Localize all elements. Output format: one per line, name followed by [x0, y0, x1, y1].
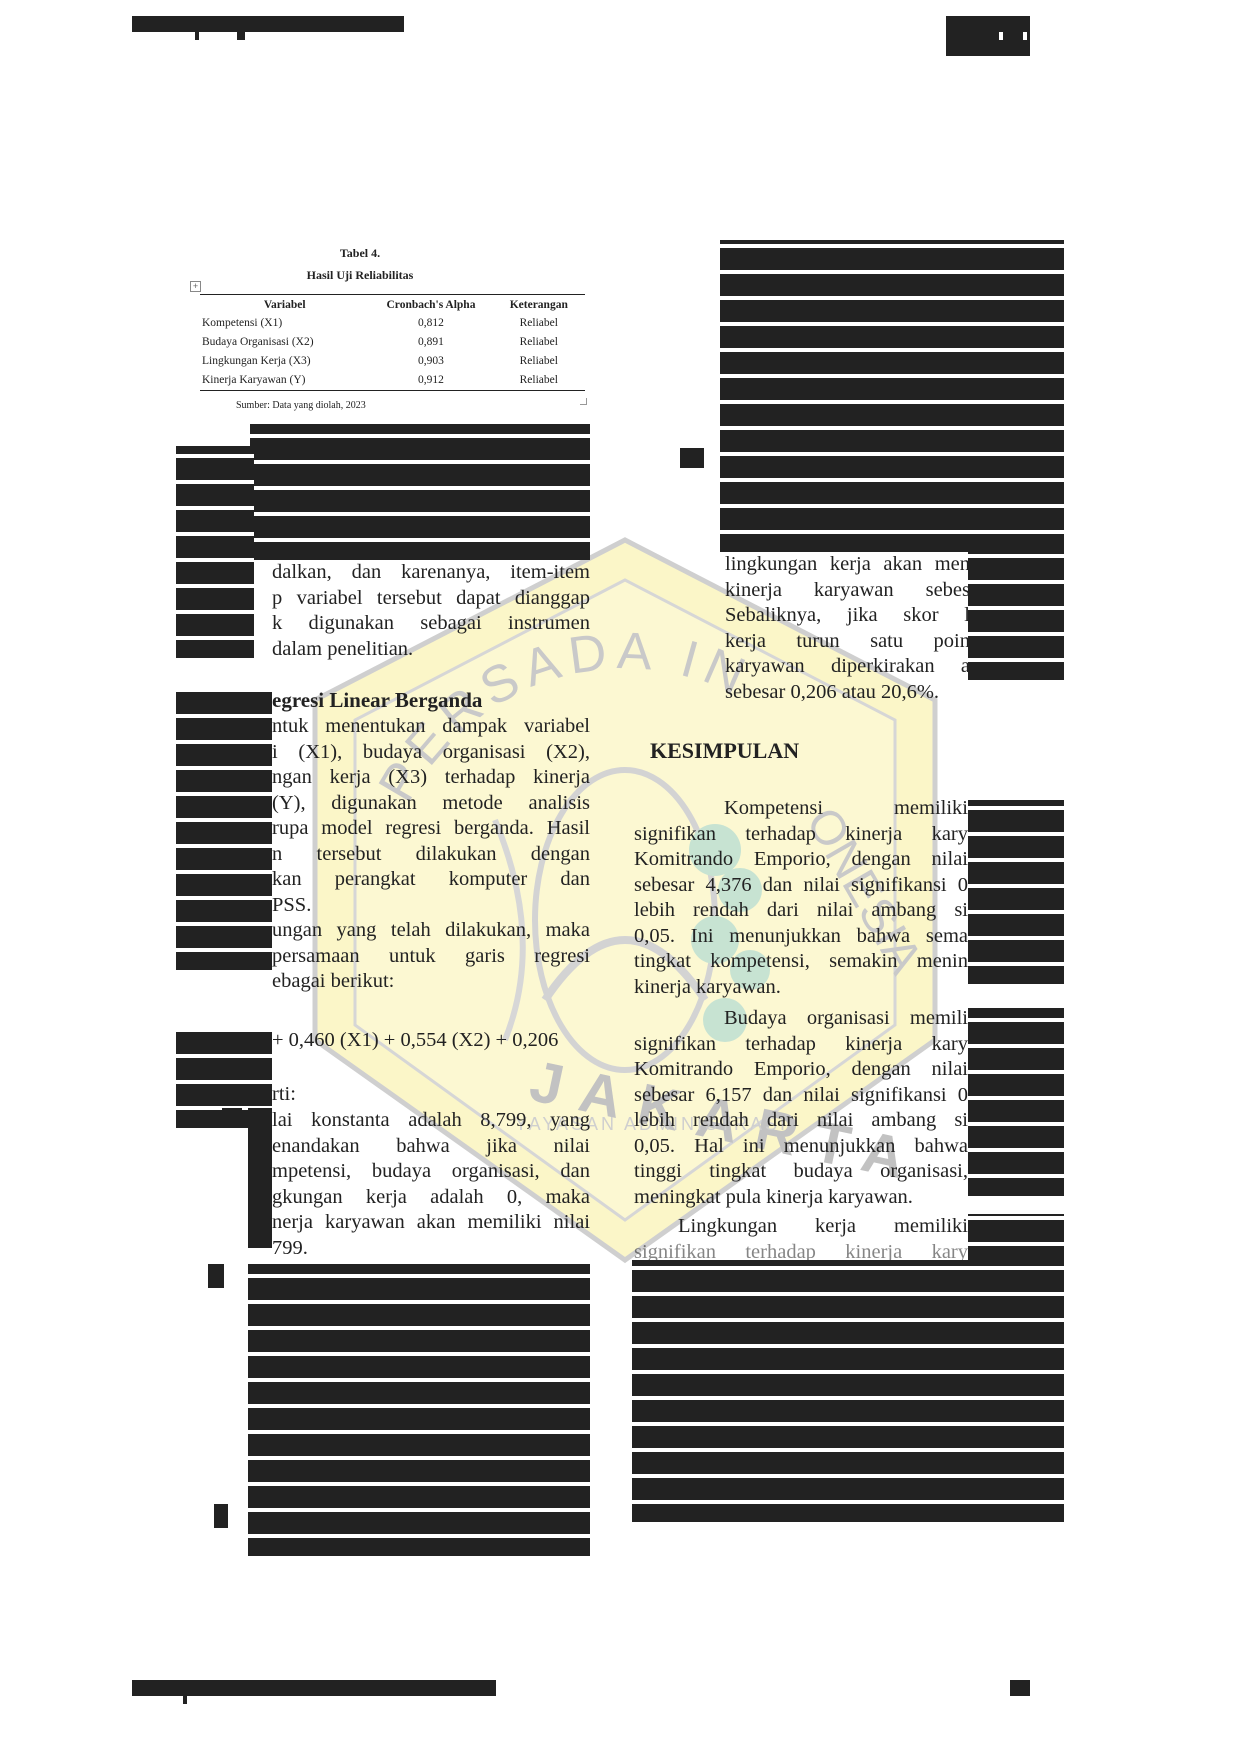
text-line: signifikan terhadap kinerja kary: [634, 1032, 968, 1058]
text-line: enandakan bahwa jika nilai: [272, 1134, 590, 1160]
text-line: Komitrando Emporio, dengan nilai: [634, 847, 968, 873]
meaning-label: rti:: [272, 1082, 590, 1108]
text-line: dalam penelitian.: [272, 637, 590, 663]
conclusion-paragraph-culture: Budaya organisasi memili signifikan terh…: [634, 1006, 968, 1210]
cell-alpha: 0,891: [369, 333, 492, 352]
text-line: tinggi tingkat budaya organisasi,: [634, 1159, 968, 1185]
text-line: ntuk menentukan dampak variabel: [272, 714, 590, 740]
cell-keterangan: Reliabel: [493, 333, 585, 352]
text-line: mpetensi, budaya organisasi, dan: [272, 1159, 590, 1185]
redacted-text-margin: [176, 688, 272, 970]
constant-paragraph: lai konstanta adalah 8,799, yang enandak…: [272, 1108, 590, 1261]
redacted-list-marker: [222, 1108, 242, 1120]
text-line: rti:: [272, 1082, 590, 1108]
text-line: persamaan untuk garis regresi: [272, 944, 590, 970]
reliability-table: Variabel Cronbach's Alpha Keterangan Kom…: [200, 294, 585, 391]
table-source-note: Sumber: Data yang diolah, 2023: [236, 400, 366, 411]
redacted-text-block: [968, 1008, 1064, 1196]
text-line: n tersebut dilakukan dengan: [272, 842, 590, 868]
text-line: karyawan diperkirakan a: [725, 654, 970, 680]
text-line: 0,05. Ini menunjukkan bahwa sema: [634, 924, 968, 950]
text-line: Lingkungan kerja memiliki: [634, 1214, 968, 1240]
column-header: Variabel: [200, 295, 369, 315]
text-line: nerja karyawan akan memiliki nilai: [272, 1210, 590, 1236]
text-line: gkungan kerja adalah 0, maka: [272, 1185, 590, 1211]
text-line: lebih rendah dari nilai ambang si: [634, 898, 968, 924]
text-line: Komitrando Emporio, dengan nilai: [634, 1057, 968, 1083]
text-line: i (X1), budaya organisasi (X2),: [272, 740, 590, 766]
conclusion-paragraph-environment: Lingkungan kerja memiliki signifikan ter…: [634, 1214, 968, 1265]
text-line: kinerja karyawan sebes: [725, 578, 970, 604]
redacted-text-margin: [248, 1108, 272, 1248]
header-left-redacted-tick: [237, 32, 245, 40]
cell-keterangan: Reliabel: [493, 314, 585, 333]
text-line: signifikan terhadap kinerja kary: [634, 822, 968, 848]
regression-equation: + 0,460 (X1) + 0,554 (X2) + 0,206: [272, 1028, 590, 1054]
table-resize-handle[interactable]: [580, 398, 587, 405]
section-heading-conclusion: KESIMPULAN: [650, 738, 799, 764]
cell-variabel: Kompetensi (X1): [200, 314, 369, 333]
text-line: sebesar 4,376 dan nilai signifikansi 0: [634, 873, 968, 899]
table-move-handle-icon[interactable]: +: [190, 281, 201, 292]
cell-variabel: Kinerja Karyawan (Y): [200, 371, 369, 391]
equation-text: + 0,460 (X1) + 0,554 (X2) + 0,206: [272, 1028, 590, 1054]
footer-left-redacted-tick: [183, 1696, 187, 1704]
redacted-text-block: [968, 1214, 1064, 1264]
text-line: kan perangkat komputer dan: [272, 867, 590, 893]
redacted-list-marker: [214, 1504, 228, 1528]
header-left-redacted: [132, 16, 404, 32]
cell-variabel: Budaya Organisasi (X2): [200, 333, 369, 352]
section-heading-regression: egresi Linear Berganda: [272, 688, 482, 713]
header-left-redacted-tick: [195, 32, 199, 40]
column-header: Cronbach's Alpha: [369, 295, 492, 315]
text-line: (Y), digunakan metode analisis: [272, 791, 590, 817]
reliability-paragraph: dalkan, dan karenanya, item-item p varia…: [272, 560, 590, 662]
table-row: Lingkungan Kerja (X3) 0,903 Reliabel: [200, 352, 585, 371]
table-row: Budaya Organisasi (X2) 0,891 Reliabel: [200, 333, 585, 352]
text-line: ngan kerja (X3) terhadap kinerja: [272, 765, 590, 791]
cell-variabel: Lingkungan Kerja (X3): [200, 352, 369, 371]
text-line: p variabel tersebut dapat dianggap: [272, 586, 590, 612]
regression-paragraph: ntuk menentukan dampak variabel i (X1), …: [272, 714, 590, 918]
header-right-redacted-gap: [1023, 32, 1027, 40]
redacted-text-block: [968, 552, 1064, 680]
text-line: PSS.: [272, 893, 590, 919]
equation-intro-paragraph: ungan yang telah dilakukan, maka persama…: [272, 918, 590, 995]
text-line: 799.: [272, 1236, 590, 1262]
text-line: kerja turun satu poin: [725, 629, 970, 655]
cell-keterangan: Reliabel: [493, 352, 585, 371]
conclusion-paragraph-competence: Kompetensi memiliki signifikan terhadap …: [634, 796, 968, 1000]
redacted-list-marker: [208, 1264, 224, 1288]
redacted-text-block: [632, 1260, 1064, 1522]
text-line: k digunakan sebagai instrumen: [272, 611, 590, 637]
text-line: lingkungan kerja akan men: [725, 552, 970, 578]
text-line: rupa model regresi berganda. Hasil: [272, 816, 590, 842]
text-line: meningkat pula kinerja karyawan.: [634, 1185, 968, 1211]
text-line: Sebaliknya, jika skor l: [725, 603, 970, 629]
text-line: lebih rendah dari nilai ambang si: [634, 1108, 968, 1134]
cell-keterangan: Reliabel: [493, 371, 585, 391]
cell-alpha: 0,903: [369, 352, 492, 371]
table-title: Hasil Uji Reliabilitas: [180, 268, 540, 283]
redacted-text-block: [250, 424, 590, 560]
text-line: lai konstanta adalah 8,799, yang: [272, 1108, 590, 1134]
x3-interpretation-paragraph: lingkungan kerja akan men kinerja karyaw…: [725, 552, 970, 705]
footer-left-redacted: [132, 1680, 496, 1696]
text-line: ebagai berikut:: [272, 969, 590, 995]
text-line: Kompetensi memiliki: [634, 796, 968, 822]
header-right-redacted: [946, 16, 1030, 56]
header-right-redacted-gap: [999, 32, 1003, 40]
column-header: Keterangan: [493, 295, 585, 315]
text-line: Budaya organisasi memili: [634, 1006, 968, 1032]
table-number: Tabel 4.: [180, 246, 540, 261]
text-line: 0,05. Hal ini menunjukkan bahwa: [634, 1134, 968, 1160]
text-line: sebesar 6,157 dan nilai signifikansi 0: [634, 1083, 968, 1109]
text-line: sebesar 0,206 atau 20,6%.: [725, 680, 970, 706]
redacted-text-block: [968, 800, 1064, 984]
footer-page-number-redacted: [1010, 1680, 1030, 1696]
text-line: kinerja karyawan.: [634, 975, 968, 1001]
table-row: Kompetensi (X1) 0,812 Reliabel: [200, 314, 585, 333]
text-line: dalkan, dan karenanya, item-item: [272, 560, 590, 586]
cell-alpha: 0,912: [369, 371, 492, 391]
redacted-text-margin: [176, 446, 254, 658]
text-line: ungan yang telah dilakukan, maka: [272, 918, 590, 944]
redacted-list-marker: [680, 448, 704, 468]
redacted-text-block: [248, 1264, 590, 1556]
table-row: Kinerja Karyawan (Y) 0,912 Reliabel: [200, 371, 585, 391]
cell-alpha: 0,812: [369, 314, 492, 333]
redacted-text-block: [720, 240, 1064, 552]
text-line: tingkat kompetensi, semakin menin: [634, 949, 968, 975]
